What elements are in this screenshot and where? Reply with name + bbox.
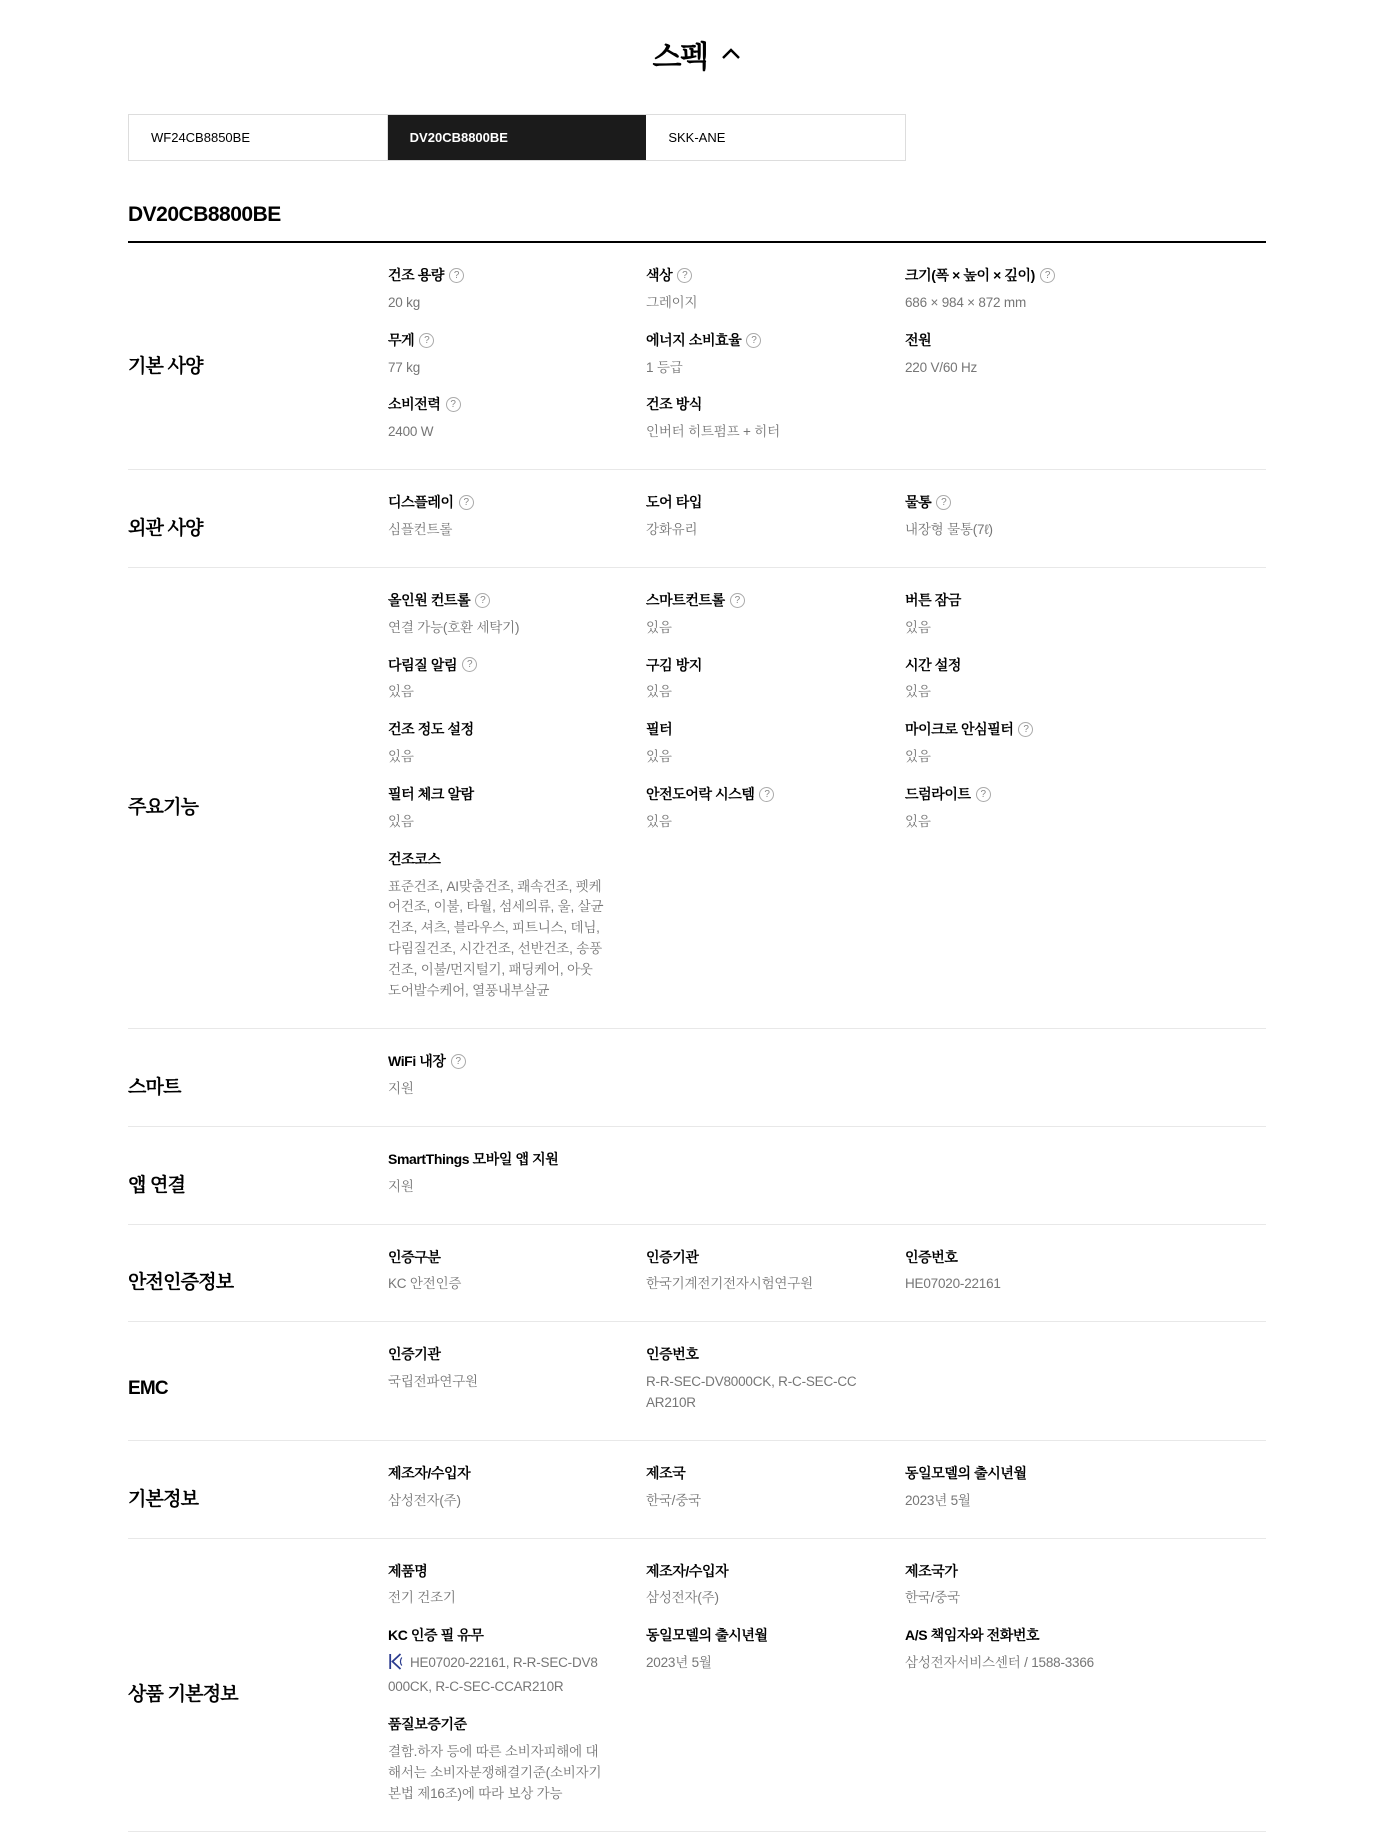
spec-item: 인증번호HE07020-22161 xyxy=(905,1249,1266,1296)
spec-item-label-text: 제조자/수입자 xyxy=(388,1465,470,1482)
spec-item-value: 있음 xyxy=(905,682,1121,703)
spec-section: 안전인증정보인증구분KC 안전인증인증기관한국기계전기전자시험연구원인증번호HE… xyxy=(128,1225,1266,1323)
spec-item-label: 인증번호 xyxy=(905,1249,1238,1266)
section-category: 상품 기본정보 xyxy=(128,1679,388,1706)
spec-item-label: 건조 정도 설정 xyxy=(388,721,618,738)
spec-item-value: 지원 xyxy=(388,1177,604,1198)
spec-item: 에너지 소비효율?1 등급 xyxy=(646,332,905,379)
spec-section: 스마트WiFi 내장?지원 xyxy=(128,1029,1266,1127)
spec-item: 소비전력?2400 W xyxy=(388,396,646,443)
spec-item-label: 구김 방지 xyxy=(646,657,877,674)
spec-item-value: 한국/중국 xyxy=(905,1588,1121,1609)
spec-item-label-text: 소비전력 xyxy=(388,396,441,413)
spec-item-label: 품질보증기준 xyxy=(388,1716,618,1733)
spec-item-value: 지원 xyxy=(388,1079,604,1100)
spec-section: EMC인증기관국립전파연구원인증번호R-R-SEC-DV8000CK, R-C-… xyxy=(128,1322,1266,1441)
spec-item: 디스플레이?심플컨트롤 xyxy=(388,494,646,541)
spec-item-value: 2023년 5월 xyxy=(905,1491,1121,1512)
spec-item: 제품명전기 건조기 xyxy=(388,1563,646,1610)
spec-item-label: SmartThings 모바일 앱 지원 xyxy=(388,1151,618,1168)
model-heading: DV20CB8800BE xyxy=(128,203,1266,227)
spec-item: 건조 정도 설정있음 xyxy=(388,721,646,768)
spec-item-value: 있음 xyxy=(388,747,604,768)
spec-item: 인증기관한국기계전기전자시험연구원 xyxy=(646,1249,905,1296)
spec-item-label-text: 무게 xyxy=(388,332,414,349)
spec-item-value: HE07020-22161, R-R-SEC-DV8000CK, R-C-SEC… xyxy=(388,1653,604,1698)
spec-item-value: 있음 xyxy=(646,618,862,639)
spec-item-label: 건조코스 xyxy=(388,851,618,868)
spec-item-value: 그레이지 xyxy=(646,293,862,314)
spec-item: 동일모델의 출시년월2023년 5월 xyxy=(905,1465,1266,1512)
spec-item-label-text: 제품명 xyxy=(388,1563,427,1580)
section-category: 안전인증정보 xyxy=(128,1267,388,1294)
spec-item-label-text: 버튼 잠금 xyxy=(905,592,961,609)
spec-item-label-text: 인증번호 xyxy=(646,1346,699,1363)
spec-item-value: 있음 xyxy=(905,618,1121,639)
spec-item-label-text: 디스플레이 xyxy=(388,494,454,511)
spec-item-value: R-R-SEC-DV8000CK, R-C-SEC-CCAR210R xyxy=(646,1372,862,1414)
spec-item-value: 한국기계전기전자시험연구원 xyxy=(646,1274,862,1295)
spec-item-label: 제조국가 xyxy=(905,1563,1238,1580)
spec-section: 앱 연결SmartThings 모바일 앱 지원지원 xyxy=(128,1127,1266,1225)
spec-item-label-text: WiFi 내장 xyxy=(388,1053,446,1070)
spec-item-label-text: 도어 타입 xyxy=(646,494,702,511)
spec-item-label: 물통? xyxy=(905,494,1238,511)
spec-item-label-text: 건조 정도 설정 xyxy=(388,721,474,738)
spec-item: 필터있음 xyxy=(646,721,905,768)
spec-item-label: 동일모델의 출시년월 xyxy=(905,1465,1238,1482)
spec-item-value: 내장형 물통(7ℓ) xyxy=(905,520,1121,541)
spec-item: 스마트컨트롤?있음 xyxy=(646,592,905,639)
section-category: 기본 사양 xyxy=(128,351,388,378)
spec-item-label: 크기(폭 × 높이 × 깊이)? xyxy=(905,267,1238,284)
spec-table: 기본 사양건조 용량?20 kg색상?그레이지크기(폭 × 높이 × 깊이)?6… xyxy=(128,241,1266,1832)
spec-item-value: 삼성전자서비스센터 / 1588-3366 xyxy=(905,1653,1121,1674)
section-items: WiFi 내장?지원 xyxy=(388,1053,1266,1118)
spec-item: 건조코스표준건조, AI맞춤건조, 쾌속건조, 펫케어건조, 이불, 타월, 섬… xyxy=(388,851,646,1002)
spec-item-value: 한국/중국 xyxy=(646,1491,862,1512)
spec-item-label: 건조 용량? xyxy=(388,267,618,284)
spec-item-label-text: 시간 설정 xyxy=(905,657,961,674)
spec-item: 필터 체크 알람있음 xyxy=(388,786,646,833)
spec-accordion-toggle[interactable]: 스펙 xyxy=(0,26,1394,114)
spec-item-value: 220 V/60 Hz xyxy=(905,358,1121,379)
spec-item-value: 연결 가능(호환 세탁기) xyxy=(388,618,604,639)
spec-item-value: 결함.하자 등에 따른 소비자피해에 대해서는 소비자분쟁해결기준(소비자기본법… xyxy=(388,1742,604,1805)
spec-item-label: 필터 체크 알람 xyxy=(388,786,618,803)
spec-item-value: 있음 xyxy=(646,747,862,768)
spec-item-label-text: SmartThings 모바일 앱 지원 xyxy=(388,1151,558,1168)
spec-item-value: 삼성전자(주) xyxy=(646,1588,862,1609)
section-items: 디스플레이?심플컨트롤도어 타입강화유리물통?내장형 물통(7ℓ) xyxy=(388,494,1266,559)
chevron-up-icon xyxy=(721,47,741,65)
spec-item-value: 2023년 5월 xyxy=(646,1653,862,1674)
section-category: EMC xyxy=(128,1378,388,1400)
spec-item-label-text: 올인원 컨트롤 xyxy=(388,592,470,609)
help-icon[interactable]: ? xyxy=(677,268,692,283)
section-items: 인증구분KC 안전인증인증기관한국기계전기전자시험연구원인증번호HE07020-… xyxy=(388,1249,1266,1314)
spec-item: 인증기관국립전파연구원 xyxy=(388,1346,646,1414)
tab-skk-ane[interactable]: SKK-ANE xyxy=(646,115,905,160)
spec-item-label: 전원 xyxy=(905,332,1238,349)
spec-item-value: 인버터 히트펌프 + 히터 xyxy=(646,422,862,443)
spec-item: 다림질 알림?있음 xyxy=(388,657,646,704)
spec-item-label: 인증기관 xyxy=(388,1346,618,1363)
section-category: 스마트 xyxy=(128,1072,388,1099)
spec-item: 마이크로 안심필터?있음 xyxy=(905,721,1266,768)
section-category: 주요기능 xyxy=(128,792,388,819)
spec-item: 건조 용량?20 kg xyxy=(388,267,646,314)
help-icon[interactable]: ? xyxy=(449,268,464,283)
spec-item: 시간 설정있음 xyxy=(905,657,1266,704)
help-icon[interactable]: ? xyxy=(976,787,991,802)
spec-item-label-text: 다림질 알림 xyxy=(388,657,457,674)
spec-item-label-text: 건조 방식 xyxy=(646,396,702,413)
section-items: SmartThings 모바일 앱 지원지원 xyxy=(388,1151,1266,1216)
spec-item-label-text: 전원 xyxy=(905,332,931,349)
spec-section: 기본 사양건조 용량?20 kg색상?그레이지크기(폭 × 높이 × 깊이)?6… xyxy=(128,243,1266,470)
help-icon[interactable]: ? xyxy=(462,657,477,672)
spec-item-value-text: HE07020-22161, R-R-SEC-DV8000CK, R-C-SEC… xyxy=(388,1655,598,1694)
spec-item-label-text: 에너지 소비효율 xyxy=(646,332,741,349)
spec-item-label: 제품명 xyxy=(388,1563,618,1580)
spec-item: 제조국가한국/중국 xyxy=(905,1563,1266,1610)
spec-item-label: 스마트컨트롤? xyxy=(646,592,877,609)
help-icon[interactable]: ? xyxy=(451,1054,466,1069)
help-icon[interactable]: ? xyxy=(1040,268,1055,283)
spec-item-label: 인증기관 xyxy=(646,1249,877,1266)
spec-item-label: 제조자/수입자 xyxy=(388,1465,618,1482)
spec-item: 전원220 V/60 Hz xyxy=(905,332,1266,379)
spec-item-value: 있음 xyxy=(388,812,604,833)
spec-item: WiFi 내장?지원 xyxy=(388,1053,646,1100)
spec-item-value: 심플컨트롤 xyxy=(388,520,604,541)
spec-item-label-text: A/S 책임자와 전화번호 xyxy=(905,1627,1039,1644)
help-icon[interactable]: ? xyxy=(419,333,434,348)
help-icon[interactable]: ? xyxy=(459,495,474,510)
help-icon[interactable]: ? xyxy=(746,333,761,348)
spec-section: 상품 기본정보제품명전기 건조기제조자/수입자삼성전자(주)제조국가한국/중국K… xyxy=(128,1539,1266,1832)
spec-item-label-text: 제조국 xyxy=(646,1465,685,1482)
spec-item: 안전도어락 시스템?있음 xyxy=(646,786,905,833)
spec-item-label: 필터 xyxy=(646,721,877,738)
spec-item: 제조자/수입자삼성전자(주) xyxy=(646,1563,905,1610)
spec-item-label: 인증번호 xyxy=(646,1346,877,1363)
spec-item-label: 올인원 컨트롤? xyxy=(388,592,618,609)
spec-item-value: 전기 건조기 xyxy=(388,1588,604,1609)
spec-item-label: 인증구분 xyxy=(388,1249,618,1266)
spec-item-label: 시간 설정 xyxy=(905,657,1238,674)
spec-item-label: 안전도어락 시스템? xyxy=(646,786,877,803)
spec-item-label-text: 동일모델의 출시년월 xyxy=(905,1465,1027,1482)
spec-item-value: 강화유리 xyxy=(646,520,862,541)
spec-item-value: HE07020-22161 xyxy=(905,1274,1121,1295)
spec-item-value: 1 등급 xyxy=(646,358,862,379)
kc-certification-icon xyxy=(388,1653,403,1677)
spec-section: 외관 사양디스플레이?심플컨트롤도어 타입강화유리물통?내장형 물통(7ℓ) xyxy=(128,470,1266,568)
spec-item-label: 소비전력? xyxy=(388,396,618,413)
spec-item-label: 제조국 xyxy=(646,1465,877,1482)
spec-item-label-text: 인증구분 xyxy=(388,1249,441,1266)
spec-item: 올인원 컨트롤?연결 가능(호환 세탁기) xyxy=(388,592,646,639)
spec-item-label-text: KC 인증 필 유무 xyxy=(388,1627,484,1644)
spec-item-label: KC 인증 필 유무 xyxy=(388,1627,618,1644)
spec-item-label-text: 필터 체크 알람 xyxy=(388,786,474,803)
tab-dv20cb8800be[interactable]: DV20CB8800BE xyxy=(388,115,647,160)
help-icon[interactable]: ? xyxy=(1018,722,1033,737)
spec-item-label: A/S 책임자와 전화번호 xyxy=(905,1627,1238,1644)
spec-item-label: 제조자/수입자 xyxy=(646,1563,877,1580)
spec-item: 구김 방지있음 xyxy=(646,657,905,704)
spec-item-label-text: 제조자/수입자 xyxy=(646,1563,728,1580)
section-category: 기본정보 xyxy=(128,1484,388,1511)
spec-item-label-text: 인증번호 xyxy=(905,1249,958,1266)
section-category: 외관 사양 xyxy=(128,513,388,540)
spec-item-value: 있음 xyxy=(905,812,1121,833)
spec-item-value: 국립전파연구원 xyxy=(388,1372,604,1393)
spec-item-label-text: 마이크로 안심필터 xyxy=(905,721,1013,738)
spec-item: 건조 방식인버터 히트펌프 + 히터 xyxy=(646,396,905,443)
spec-item-label: 디스플레이? xyxy=(388,494,618,511)
spec-item: 동일모델의 출시년월2023년 5월 xyxy=(646,1627,905,1698)
spec-item-label: 동일모델의 출시년월 xyxy=(646,1627,877,1644)
spec-item-label: 에너지 소비효율? xyxy=(646,332,877,349)
spec-section: 기본정보제조자/수입자삼성전자(주)제조국한국/중국동일모델의 출시년월2023… xyxy=(128,1441,1266,1539)
help-icon[interactable]: ? xyxy=(446,397,461,412)
spec-item-label-text: 품질보증기준 xyxy=(388,1716,467,1733)
spec-item-label-text: 제조국가 xyxy=(905,1563,958,1580)
spec-item-value: KC 안전인증 xyxy=(388,1274,604,1295)
spec-item: 제조국한국/중국 xyxy=(646,1465,905,1512)
spec-item-value: 삼성전자(주) xyxy=(388,1491,604,1512)
help-icon[interactable]: ? xyxy=(936,495,951,510)
spec-item-label-text: 인증기관 xyxy=(646,1249,699,1266)
spec-item-value: 있음 xyxy=(646,682,862,703)
spec-item-label: 도어 타입 xyxy=(646,494,877,511)
section-items: 올인원 컨트롤?연결 가능(호환 세탁기)스마트컨트롤?있음버튼 잠금있음다림질… xyxy=(388,592,1266,1020)
model-tabs: WF24CB8850BEDV20CB8800BESKK-ANE xyxy=(128,114,906,161)
spec-item-label-text: 인증기관 xyxy=(388,1346,441,1363)
spec-item-value: 표준건조, AI맞춤건조, 쾌속건조, 펫케어건조, 이불, 타월, 섬세의류,… xyxy=(388,877,604,1003)
spec-item-label-text: 안전도어락 시스템 xyxy=(646,786,754,803)
spec-item: 드럼라이트?있음 xyxy=(905,786,1266,833)
spec-item-label: 무게? xyxy=(388,332,618,349)
help-icon[interactable]: ? xyxy=(730,593,745,608)
spec-item-label: WiFi 내장? xyxy=(388,1053,618,1070)
spec-item-label: 드럼라이트? xyxy=(905,786,1238,803)
spec-item-label-text: 색상 xyxy=(646,267,672,284)
spec-item-label: 다림질 알림? xyxy=(388,657,618,674)
spec-item: 도어 타입강화유리 xyxy=(646,494,905,541)
spec-item-value: 있음 xyxy=(905,747,1121,768)
page-title: 스펙 xyxy=(653,32,708,76)
section-category: 앱 연결 xyxy=(128,1170,388,1197)
spec-item-value: 있음 xyxy=(388,682,604,703)
spec-item-label-text: 크기(폭 × 높이 × 깊이) xyxy=(905,267,1035,284)
spec-item-value: 77 kg xyxy=(388,358,604,379)
spec-item: 물통?내장형 물통(7ℓ) xyxy=(905,494,1266,541)
spec-item-value: 있음 xyxy=(646,812,862,833)
spec-item-label: 색상? xyxy=(646,267,877,284)
tab-wf24cb8850be[interactable]: WF24CB8850BE xyxy=(129,115,388,160)
spec-item-label-text: 동일모델의 출시년월 xyxy=(646,1627,768,1644)
spec-item: 무게?77 kg xyxy=(388,332,646,379)
spec-item-label-text: 건조 용량 xyxy=(388,267,444,284)
spec-item-label-text: 필터 xyxy=(646,721,672,738)
spec-item: KC 인증 필 유무HE07020-22161, R-R-SEC-DV8000C… xyxy=(388,1627,646,1698)
spec-item-value: 2400 W xyxy=(388,422,604,443)
help-icon[interactable]: ? xyxy=(759,787,774,802)
spec-item-label: 마이크로 안심필터? xyxy=(905,721,1238,738)
spec-item-label: 버튼 잠금 xyxy=(905,592,1238,609)
spec-item: 크기(폭 × 높이 × 깊이)?686 × 984 × 872 mm xyxy=(905,267,1266,314)
spec-item: 인증구분KC 안전인증 xyxy=(388,1249,646,1296)
spec-item: A/S 책임자와 전화번호삼성전자서비스센터 / 1588-3366 xyxy=(905,1627,1266,1698)
spec-item: 품질보증기준결함.하자 등에 따른 소비자피해에 대해서는 소비자분쟁해결기준(… xyxy=(388,1716,646,1805)
spec-item-label-text: 드럼라이트 xyxy=(905,786,971,803)
spec-item-label: 건조 방식 xyxy=(646,396,877,413)
spec-section: 주요기능올인원 컨트롤?연결 가능(호환 세탁기)스마트컨트롤?있음버튼 잠금있… xyxy=(128,568,1266,1029)
section-items: 건조 용량?20 kg색상?그레이지크기(폭 × 높이 × 깊이)?686 × … xyxy=(388,267,1266,461)
help-icon[interactable]: ? xyxy=(475,593,490,608)
spec-page: 스펙 WF24CB8850BEDV20CB8800BESKK-ANE DV20C… xyxy=(0,0,1394,1832)
spec-item: SmartThings 모바일 앱 지원지원 xyxy=(388,1151,646,1198)
spec-item-value: 686 × 984 × 872 mm xyxy=(905,293,1121,314)
section-items: 제조자/수입자삼성전자(주)제조국한국/중국동일모델의 출시년월2023년 5월 xyxy=(388,1465,1266,1530)
spec-item-label-text: 구김 방지 xyxy=(646,657,702,674)
spec-item: 제조자/수입자삼성전자(주) xyxy=(388,1465,646,1512)
section-items: 인증기관국립전파연구원인증번호R-R-SEC-DV8000CK, R-C-SEC… xyxy=(388,1346,1266,1432)
spec-item-value: 20 kg xyxy=(388,293,604,314)
spec-item: 버튼 잠금있음 xyxy=(905,592,1266,639)
spec-item: 색상?그레이지 xyxy=(646,267,905,314)
spec-item-label-text: 스마트컨트롤 xyxy=(646,592,725,609)
spec-item-label-text: 물통 xyxy=(905,494,931,511)
spec-item-label-text: 건조코스 xyxy=(388,851,441,868)
spec-item: 인증번호R-R-SEC-DV8000CK, R-C-SEC-CCAR210R xyxy=(646,1346,905,1414)
section-items: 제품명전기 건조기제조자/수입자삼성전자(주)제조국가한국/중국KC 인증 필 … xyxy=(388,1563,1266,1823)
